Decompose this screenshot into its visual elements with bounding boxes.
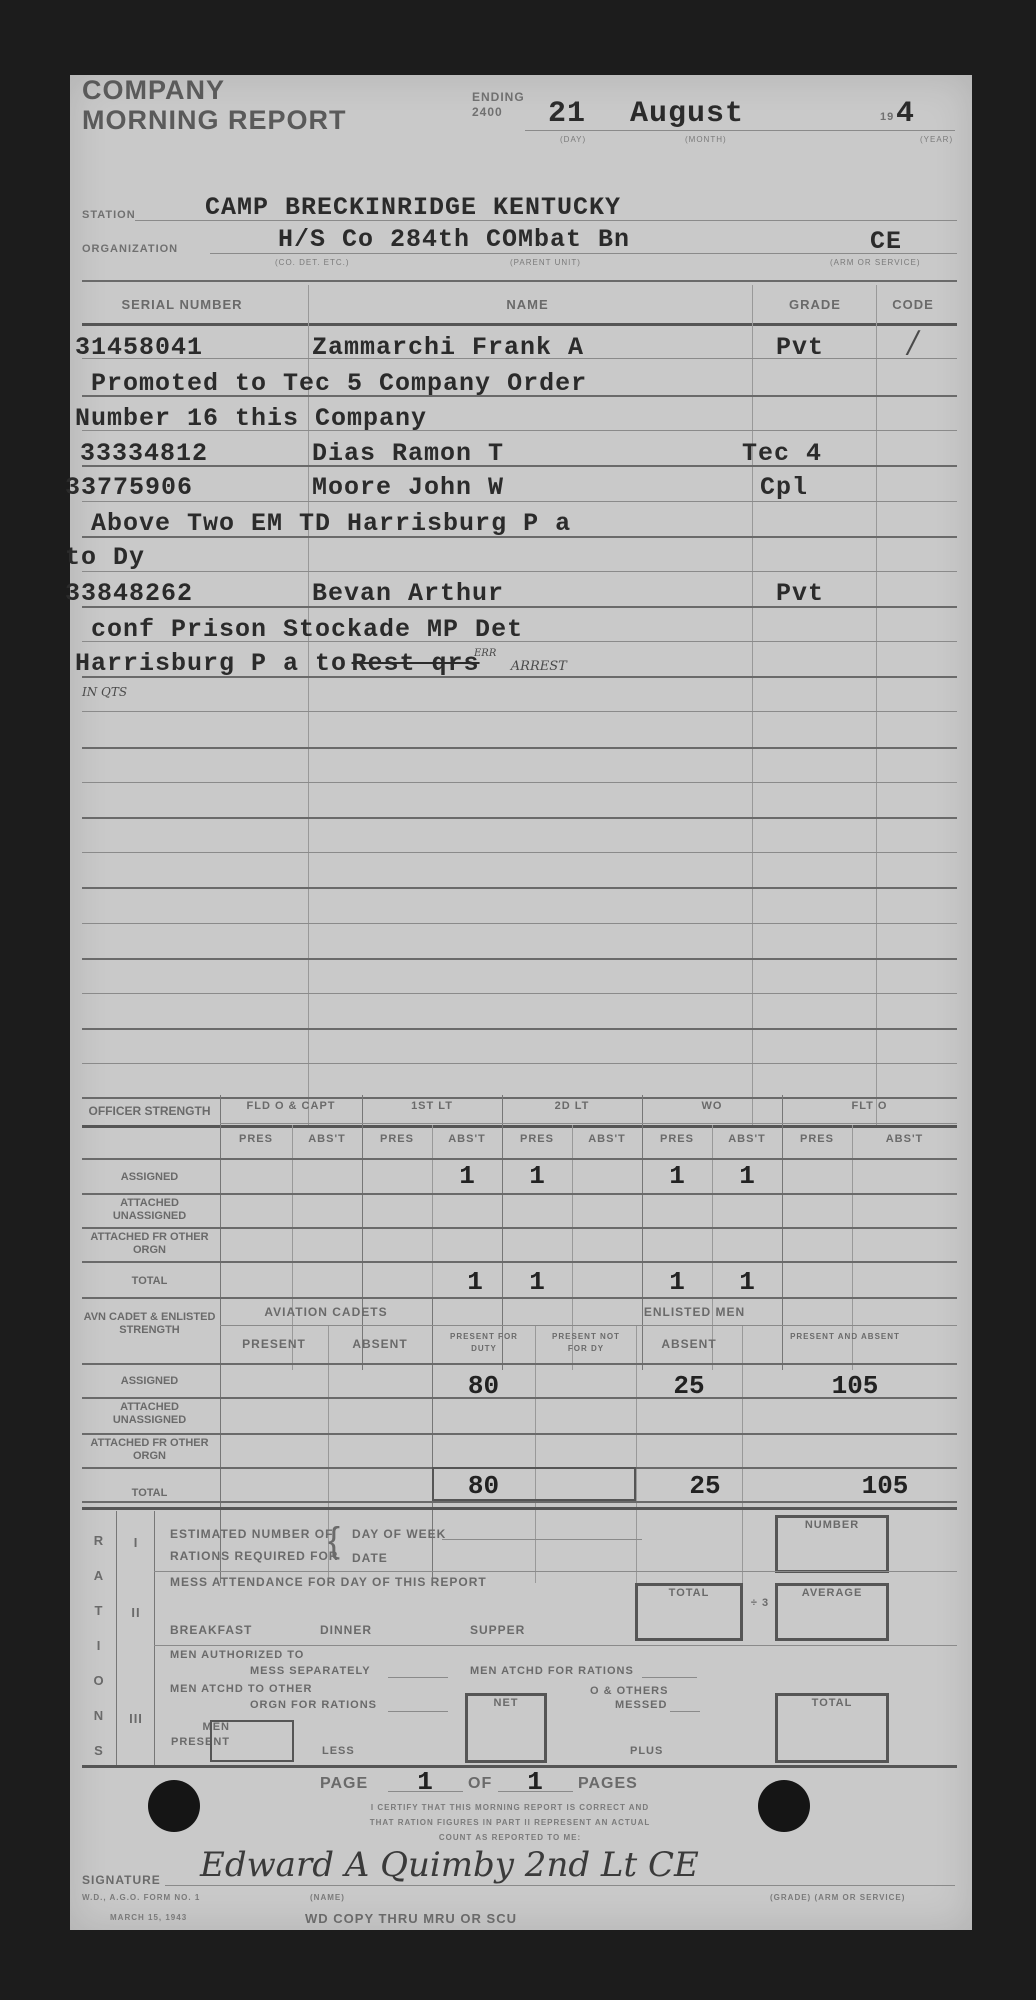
org-caption-arm: (ARM OR SERVICE)	[830, 258, 921, 267]
handwritten-annotation: ARREST	[511, 659, 567, 674]
enlisted-total-present-for-duty: 80	[432, 1471, 535, 1501]
number-label: NUMBER	[775, 1519, 889, 1531]
men-atchd-other-label: MEN ATCHD TO OTHER	[170, 1683, 312, 1695]
row-total: TOTAL	[82, 1275, 217, 1288]
part-iii-numeral: III	[118, 1711, 154, 1726]
year-caption: (YEAR)	[920, 135, 953, 144]
certify-line-1: I CERTIFY THAT THIS MORNING REPORT IS CO…	[250, 1803, 770, 1812]
date-label: DATE	[352, 1551, 388, 1565]
enlisted-strength-title: AVN CADET & ENLISTED STRENGTH	[82, 1311, 217, 1337]
subcol-pres: PRES	[782, 1133, 852, 1145]
of-label: OF	[468, 1775, 492, 1793]
col-present-for-duty: PRESENT FOR DUTY	[442, 1331, 526, 1355]
entry-name: Moore John W	[312, 473, 504, 502]
entry-grade: Pvt	[776, 579, 824, 608]
entry-remark-amended: Harrisburg P a to Rest qrs ERR ARREST	[75, 649, 567, 678]
subcol-abst: ABS'T	[292, 1133, 362, 1145]
day-of-week-label: DAY OF WEEK	[352, 1527, 446, 1541]
officer-total-1stlt-abst: 1	[440, 1267, 510, 1297]
less-label: LESS	[322, 1745, 355, 1757]
subcol-pres: PRES	[642, 1133, 712, 1145]
divide-by-three: ÷ 3	[750, 1597, 770, 1609]
certify-line-2: THAT RATION FIGURES IN PART II REPRESENT…	[250, 1818, 770, 1827]
entry-name: Bevan Arthur	[312, 579, 504, 608]
group-2d-lt: 2D LT	[502, 1100, 642, 1112]
organization-value: H/S Co 284th COMbat Bn	[278, 225, 630, 254]
col-serial-number: SERIAL NUMBER	[92, 297, 272, 312]
page-label: PAGE	[320, 1775, 368, 1793]
subcol-pres: PRES	[362, 1133, 432, 1145]
row-assigned: ASSIGNED	[82, 1171, 217, 1184]
page-number: 1	[400, 1767, 450, 1797]
form-number: W.D., A.G.O. FORM NO. 1	[82, 1893, 200, 1902]
col-cadets-present: PRESENT	[220, 1337, 328, 1351]
part-i-line1: ESTIMATED NUMBER OF	[170, 1527, 333, 1541]
entry-serial: 33334812	[80, 439, 208, 468]
arm-of-service: CE	[870, 227, 902, 256]
entry-remark: Promoted to Tec 5 Company Order	[75, 369, 587, 398]
enlisted-assigned-present-for-duty: 80	[432, 1371, 535, 1401]
year-prefix: 19	[880, 111, 894, 123]
entry-name: Dias Ramon T	[312, 439, 504, 468]
officer-total-wo-abst: 1	[712, 1267, 782, 1297]
entry-serial: 31458041	[75, 333, 203, 362]
group-1st-lt: 1ST LT	[362, 1100, 502, 1112]
report-year: 4	[896, 97, 915, 131]
row-attached-fr-other-orgn: ATTACHED FR OTHER ORGN	[82, 1437, 217, 1463]
form-title-morning-report: MORNING REPORT	[82, 105, 347, 135]
part-i-line2: RATIONS REQUIRED FOR	[170, 1549, 338, 1563]
col-grade: GRADE	[755, 297, 875, 312]
col-present-not-for-duty: PRESENT NOT FOR DY	[544, 1331, 628, 1355]
rations-side-label: RATIONS	[86, 1523, 112, 1768]
group-aviation-cadets: AVIATION CADETS	[220, 1305, 432, 1319]
row-assigned: ASSIGNED	[82, 1375, 217, 1388]
entry-remark: Number 16 this Company	[75, 404, 427, 433]
pages-label: PAGES	[578, 1775, 638, 1793]
ending-label: ENDING	[472, 90, 525, 104]
subcol-abst: ABS'T	[432, 1133, 502, 1145]
form-date: MARCH 15, 1943	[110, 1913, 187, 1922]
col-cadets-absent: ABSENT	[328, 1337, 432, 1351]
men-atchd-for-rations-label: MEN ATCHD FOR RATIONS	[470, 1665, 634, 1677]
entry-code-mark: /	[908, 325, 918, 360]
entry-serial: 33775906	[65, 473, 193, 502]
rations-total-label: TOTAL	[775, 1697, 889, 1709]
group-wo: WO	[642, 1100, 782, 1112]
routing-note: WD COPY THRU MRU OR SCU	[305, 1911, 517, 1926]
station-label: STATION	[82, 209, 136, 221]
handwritten-note: IN QTS	[82, 685, 127, 699]
report-day: 21	[548, 97, 586, 131]
subcol-abst: ABS'T	[572, 1133, 642, 1145]
plus-label: PLUS	[630, 1745, 663, 1757]
enlisted-total-present-and-absent: 105	[820, 1471, 950, 1501]
mess-total-label: TOTAL	[635, 1587, 743, 1599]
meal-supper: SUPPER	[470, 1623, 525, 1637]
subcol-abst: ABS'T	[852, 1133, 957, 1145]
entry-remark: conf Prison Stockade MP Det	[75, 615, 523, 644]
messed-label: MESSED	[615, 1699, 667, 1711]
entry-remark: Above Two EM TD Harrisburg P a	[75, 509, 571, 538]
morning-report-form: COMPANY MORNING REPORT ENDING 2400 21 Au…	[70, 75, 972, 1930]
officer-assigned-1stlt-abst: 1	[432, 1161, 502, 1191]
day-caption: (DAY)	[560, 135, 586, 144]
brace-icon: {	[328, 1519, 341, 1561]
officer-total-2dlt-pres: 1	[502, 1267, 572, 1297]
entry-remark: to Dy	[65, 543, 145, 572]
punch-hole-left	[148, 1780, 200, 1832]
enlisted-total-absent: 25	[652, 1471, 758, 1501]
officer-assigned-2dlt-pres: 1	[502, 1161, 572, 1191]
group-flt-o: FLT O	[782, 1100, 957, 1112]
org-caption-parent: (PARENT UNIT)	[510, 258, 581, 267]
struck-text: Rest qrs	[352, 649, 480, 678]
meal-breakfast: BREAKFAST	[170, 1623, 252, 1637]
mess-separately-label: MESS SEPARATELY	[250, 1665, 371, 1677]
entry-remark-text: Harrisburg P a to	[75, 649, 347, 678]
col-enlisted-absent: ABSENT	[636, 1337, 742, 1351]
officer-assigned-wo-abst: 1	[712, 1161, 782, 1191]
group-fld-o-capt: FLD O & CAPT	[220, 1100, 362, 1112]
report-month: August	[630, 97, 744, 131]
subcol-pres: PRES	[220, 1133, 292, 1145]
row-total: TOTAL	[82, 1487, 217, 1500]
station-value: CAMP BRECKINRIDGE KENTUCKY	[205, 193, 621, 222]
col-name: NAME	[310, 297, 745, 312]
part-ii-numeral: II	[118, 1605, 154, 1620]
col-present-and-absent: PRESENT AND ABSENT	[760, 1331, 930, 1343]
month-caption: (MONTH)	[685, 135, 727, 144]
grade-caption: (GRADE) (ARM OR SERVICE)	[770, 1893, 905, 1902]
row-attached-unassigned: ATTACHED UNASSIGNED	[82, 1401, 217, 1427]
entry-grade: Cpl	[760, 473, 808, 502]
men-authorized-label: MEN AUTHORIZED TO	[170, 1649, 304, 1661]
signature-label: SIGNATURE	[82, 1873, 161, 1887]
form-title-company: COMPANY	[82, 75, 225, 105]
part-i-numeral: I	[118, 1535, 154, 1550]
officer-assigned-wo-pres: 1	[642, 1161, 712, 1191]
subcol-pres: PRES	[502, 1133, 572, 1145]
enlisted-assigned-present-and-absent: 105	[790, 1371, 920, 1401]
handwritten-correction: ERR	[474, 648, 496, 659]
row-attached-unassigned: ATTACHED UNASSIGNED	[82, 1197, 217, 1223]
officer-strength-title: OFFICER STRENGTH	[82, 1105, 217, 1118]
subcol-abst: ABS'T	[712, 1133, 782, 1145]
officer-total-wo-pres: 1	[642, 1267, 712, 1297]
certify-line-3: COUNT AS REPORTED TO ME:	[250, 1833, 770, 1842]
mess-average-label: AVERAGE	[775, 1587, 889, 1599]
row-attached-fr-other-orgn: ATTACHED FR OTHER ORGN	[82, 1231, 217, 1257]
entry-grade: Tec 4	[742, 439, 822, 468]
meal-dinner: DINNER	[320, 1623, 372, 1637]
org-caption-unit: (CO. DET. ETC.)	[275, 258, 350, 267]
mess-attendance-title: MESS ATTENDANCE FOR DAY OF THIS REPORT	[170, 1575, 487, 1589]
entry-grade: Pvt	[776, 333, 824, 362]
entry-name: Zammarchi Frank A	[312, 333, 584, 362]
col-code: CODE	[878, 297, 948, 312]
organization-label: ORGANIZATION	[82, 243, 178, 255]
name-caption: (NAME)	[310, 1893, 345, 1902]
entry-serial: 33848262	[65, 579, 193, 608]
enlisted-assigned-absent: 25	[636, 1371, 742, 1401]
net-label: NET	[465, 1697, 547, 1709]
signature: Edward A Quimby 2nd Lt CE	[200, 1845, 699, 1885]
group-enlisted-men: ENLISTED MEN	[432, 1305, 957, 1319]
ending-time: 2400	[472, 105, 503, 119]
page-total: 1	[510, 1767, 560, 1797]
orgn-for-rations-label: ORGN FOR RATIONS	[250, 1699, 377, 1711]
o-and-others-label: O & OTHERS	[590, 1685, 668, 1697]
men-present-box[interactable]	[210, 1720, 294, 1762]
